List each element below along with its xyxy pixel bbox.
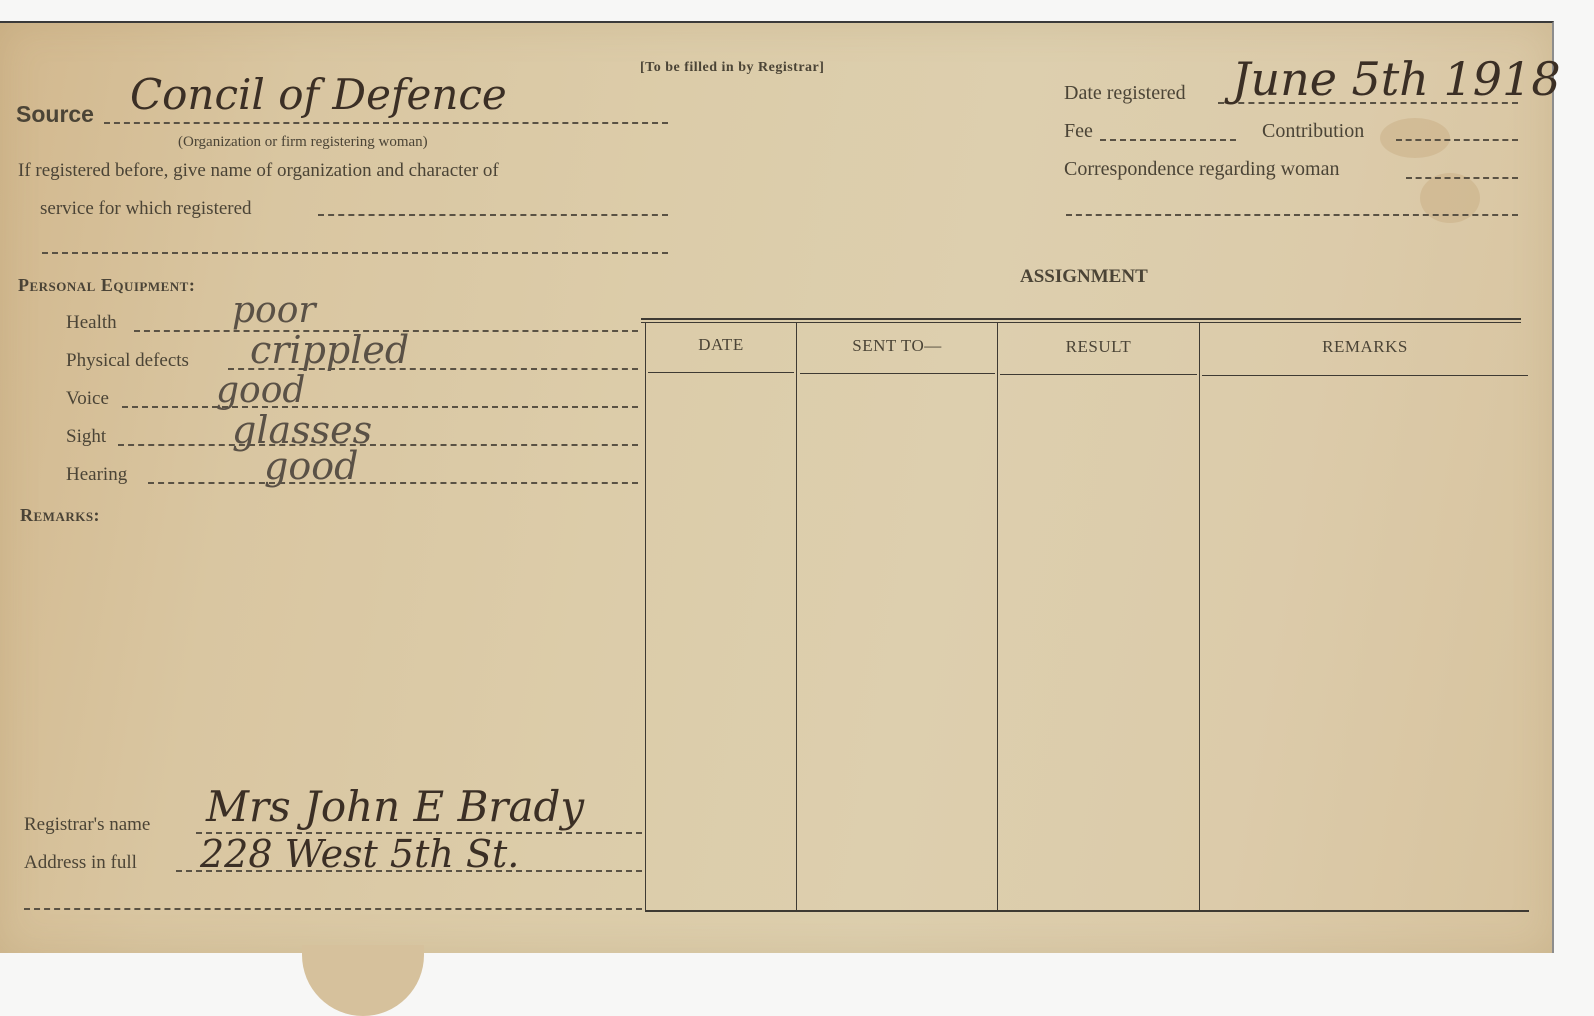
sight-label: Sight [66,426,106,448]
personal-equipment-heading: Personal Equipment: [18,275,195,296]
registrar-name-label: Registrar's name [24,814,150,836]
date-registered-label: Date registered [1064,82,1186,105]
hearing-line [148,482,638,484]
table-bottom-rule [645,910,1529,912]
hearing-label: Hearing [66,464,127,486]
prior-registration-label: If registered before, give name of organ… [18,160,499,182]
date-column-cells[interactable] [646,376,796,910]
paper-stain [1380,118,1450,158]
column-header-remarks: REMARKS [1200,337,1530,357]
table-top-rule-2 [641,322,1521,323]
source-label: Source [16,101,94,128]
voice-label: Voice [66,388,109,410]
result-column-cells[interactable] [998,376,1199,910]
correspondence-label: Correspondence regarding woman [1064,158,1339,181]
voice-value[interactable]: good [216,370,305,411]
correspondence-line-1[interactable] [1406,177,1518,179]
correspondence-line-2[interactable] [1066,214,1518,216]
address-label: Address in full [24,852,137,874]
card-tab [302,945,424,1016]
registrar-name-value[interactable]: Mrs John E Brady [206,782,584,831]
column-header-date: DATE [646,335,796,355]
header-underline [800,373,995,374]
voice-line [122,406,638,408]
sent-to-column-cells[interactable] [797,376,997,910]
fee-line[interactable] [1100,139,1236,141]
prior-registration-line-1[interactable] [318,214,668,216]
column-header-result: RESULT [998,337,1199,357]
contribution-line[interactable] [1396,139,1518,141]
prior-registration-label-2: service for which registered [40,198,252,220]
source-sublabel: (Organization or firm registering woman) [178,134,428,151]
remarks-column-cells[interactable] [1200,376,1528,910]
table-top-rule [641,318,1521,320]
header-underline [648,372,794,373]
health-value[interactable]: poor [232,290,316,331]
physical-defects-label: Physical defects [66,350,189,372]
remarks-heading: Remarks: [20,505,100,526]
prior-registration-line-2[interactable] [42,252,668,254]
health-label: Health [66,312,117,334]
physical-defects-value[interactable]: crippled [250,328,409,372]
hearing-value[interactable]: good [264,444,358,488]
address-line-2[interactable] [24,908,642,910]
sight-line [118,444,638,446]
source-value[interactable]: Concil of Defence [130,70,507,119]
assignment-title: ASSIGNMENT [1020,266,1148,288]
fee-label: Fee [1064,120,1093,143]
source-line [104,122,668,124]
registrar-note: [To be filled in by Registrar] [640,60,824,76]
header-underline [1000,374,1197,375]
contribution-label: Contribution [1262,120,1364,143]
date-registered-value[interactable]: June 5th 1918 [1232,52,1561,106]
remarks-area[interactable] [20,530,630,800]
address-value[interactable]: 228 West 5th St. [200,832,519,876]
column-header-sent-to: SENT TO— [797,336,997,356]
